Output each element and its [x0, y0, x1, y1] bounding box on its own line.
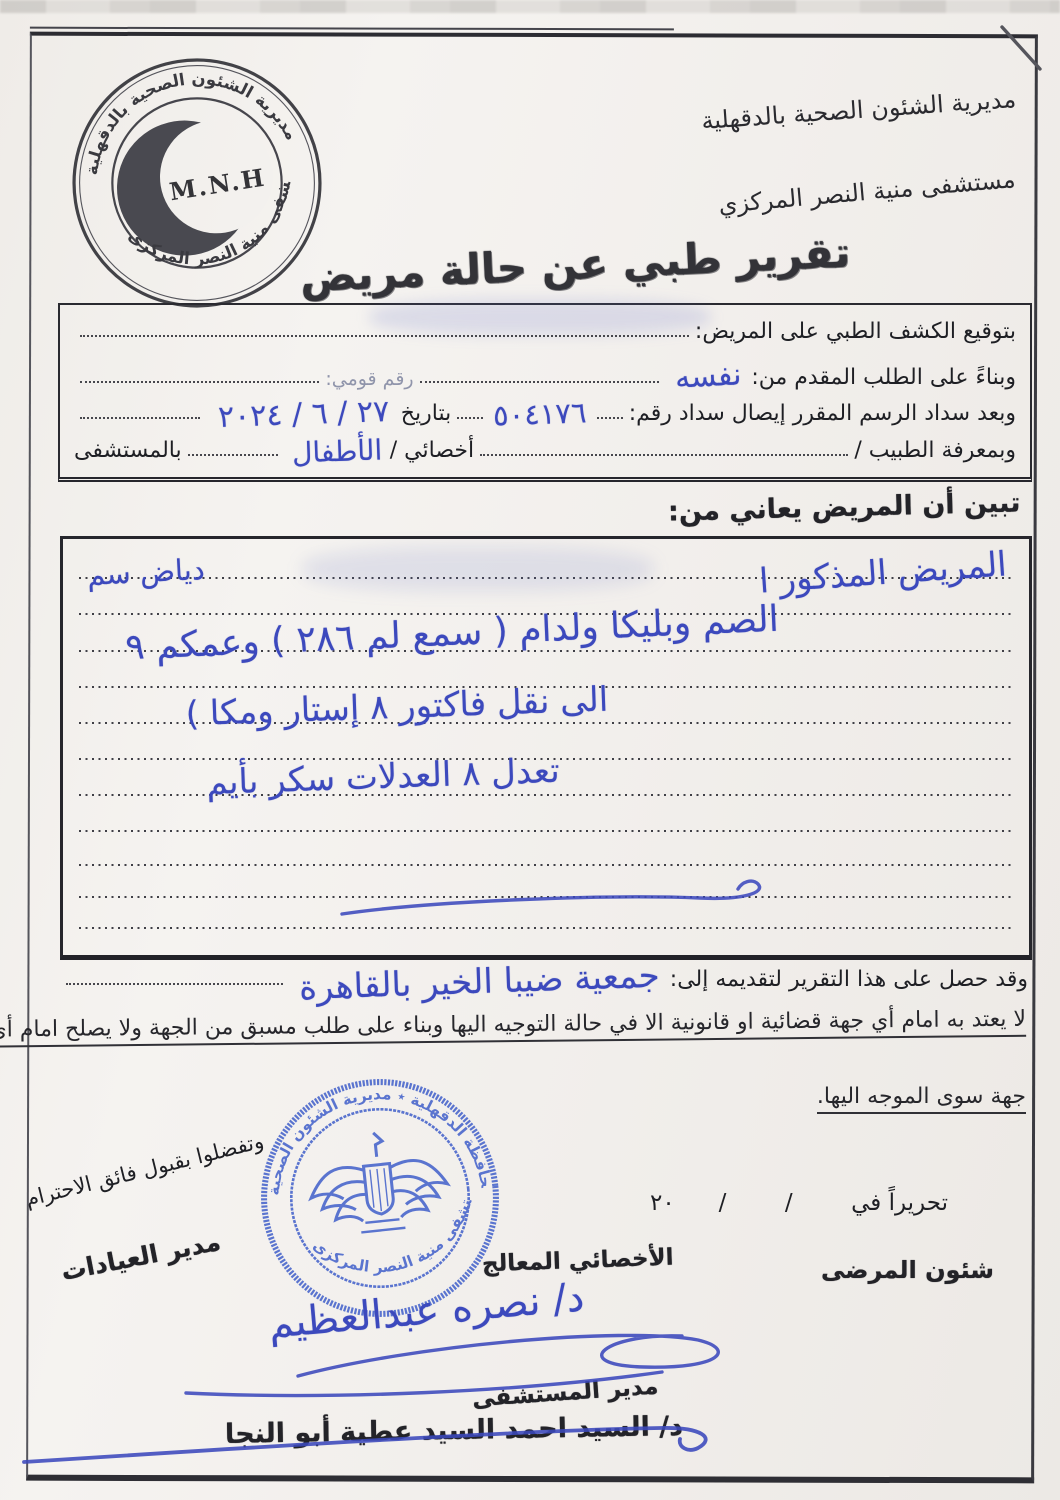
respect-closing: وتفضلوا بقبول فائق الاحترام: [23, 1129, 266, 1211]
dotted-line: [79, 830, 1013, 832]
form-row-exam: بتوقيع الكشف الطبي على المريض:: [74, 319, 1016, 344]
written-on-date: تحريراً في / / ٢٠: [650, 1190, 948, 1216]
diagnosis-handwriting-4: تعدل ٨ العدلات سكر بأيم: [102, 747, 663, 807]
patient-info-formbox: بتوقيع الكشف الطبي على المريض: وبناءً عل…: [58, 303, 1032, 482]
patient-affairs-label: شئون المرضى: [821, 1256, 994, 1284]
dotted-leader: [66, 983, 283, 985]
dotted-line: [79, 927, 1013, 929]
disclaimer-line2: جهة سوى الموجه اليها.: [817, 1084, 1026, 1109]
receipt-number-handwriting: ٥٠٤١٧٦: [493, 395, 588, 432]
at-hospital-label: بالمستشفى: [74, 438, 182, 463]
form-row-requester: وبناءً على الطلب المقدم من: نفسه رقم قوم…: [74, 359, 1016, 390]
dotted-leader: [80, 417, 200, 419]
diagnosis-section-header: تبين أن المريض يعاني من:: [667, 487, 1020, 527]
form-row-receipt: وبعد سداد الرسم المقرر إيصال سداد رقم: ٥…: [74, 397, 1016, 426]
dotted-line: [79, 896, 1013, 898]
dotted-line: [79, 864, 1013, 866]
dotted-leader: [80, 381, 319, 383]
specialist-label: أخصائي /: [390, 438, 474, 463]
form-row-doctor: وبمعرفة الطبيب / أخصائي / الأطفال بالمست…: [74, 435, 1016, 463]
diagnosis-handwriting-2: الصم وبليكا ولدام ( سمع لم ٢٨٦ ) وعمكم ٩: [86, 597, 817, 670]
treating-specialist-label: الأخصائي المعالج: [482, 1245, 674, 1278]
exam-label: بتوقيع الكشف الطبي على المريض:: [695, 319, 1016, 344]
doctor-label: وبمعرفة الطبيب /: [854, 438, 1016, 463]
diagnosis-box: المريض المذكور ا دياض سم الصم وبليكا ولد…: [60, 536, 1032, 960]
clinics-director-label: مدير العيادات: [59, 1227, 223, 1286]
signature-loop-stroke: [298, 1335, 718, 1376]
faded-writing-smudge: [303, 547, 653, 591]
header-directorate: مديرية الشئون الصحية بالدقهلية: [700, 85, 1017, 135]
national-id-label: رقم قومي:: [325, 368, 413, 390]
dotted-leader: [80, 335, 689, 337]
dotted-leader: [457, 417, 483, 419]
scanned-medical-report: مديرية الشئون الصحية بالدقهلية مستشفى من…: [0, 0, 1060, 1500]
requester-label: وبناءً على الطلب المقدم من:: [751, 365, 1016, 390]
dotted-leader: [420, 381, 659, 383]
date-label: بتاريخ: [401, 401, 451, 426]
requester-value-handwriting: نفسه: [674, 357, 742, 395]
hospital-director-label: مدير المستشفى: [471, 1374, 659, 1413]
disclaimer-line1: لا يعتد به امام أي جهة قضائية او قانونية…: [20, 1007, 1026, 1043]
hospital-director-name: د/ السيد احمد السيد عطية أبو النجا: [225, 1411, 683, 1450]
submission-row: وقد حصل على هذا التقرير لتقديمه إلى: جمع…: [60, 962, 1028, 992]
specialty-handwriting: الأطفال: [291, 433, 382, 469]
scan-edge-artifact: [0, 0, 1060, 13]
dotted-leader: [188, 454, 278, 456]
dotted-leader: [480, 454, 848, 456]
eagle-emblem-icon: [305, 1126, 452, 1238]
dotted-leader: [597, 417, 623, 419]
header-hospital: مستشفى منية النصر المركزي: [717, 165, 1016, 219]
disclaimer-line2-text: جهة سوى الموجه اليها.: [817, 1084, 1026, 1114]
diagnosis-handwriting-1-left: دياض سم: [86, 552, 205, 592]
diagnosis-handwriting-1-right: المريض المذكور ا: [758, 544, 1008, 601]
submission-label: وقد حصل على هذا التقرير لتقديمه إلى:: [670, 967, 1028, 992]
disclaimer-line1-text: لا يعتد به امام أي جهة قضائية او قانونية…: [0, 1007, 1026, 1048]
corner-pen-mark: [1002, 27, 1040, 69]
receipt-date-handwriting: ٢٧ / ٦ / ٢٠٢٤: [217, 394, 389, 435]
receipt-label: وبعد سداد الرسم المقرر إيصال سداد رقم:: [629, 401, 1016, 426]
submission-value-handwriting: جمعية ضيبا الخير بالقاهرة: [298, 956, 660, 1009]
